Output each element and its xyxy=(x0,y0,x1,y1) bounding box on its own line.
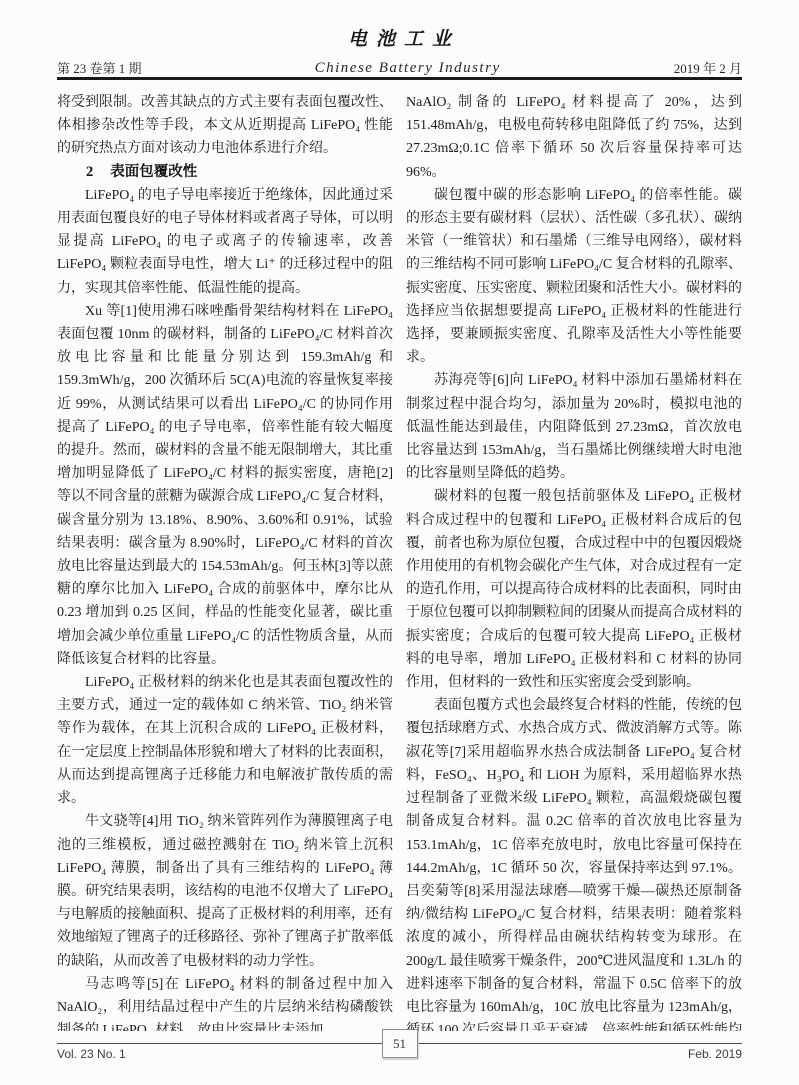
paragraph: LiFePO₄ 的电子导电率接近于绝缘体，因此通过采用表面包覆良好的电子导体材料… xyxy=(57,184,393,300)
publish-date: 2019 年 2 月 xyxy=(674,58,742,77)
volume-issue: 第 23 卷第 1 期 xyxy=(57,58,142,77)
paragraph: 马志鸣等[5]在 LiFePO₄ 材料的制备过程中加入 NaAlO₂，利用结晶过… xyxy=(57,973,393,1031)
header-info-row: 第 23 卷第 1 期 Chinese Battery Industry 201… xyxy=(57,58,742,77)
journal-page: 电池工业 第 23 卷第 1 期 Chinese Battery Industr… xyxy=(0,0,799,1085)
paragraph: 碳包覆中碳的形态影响 LiFePO₄ 的倍率性能。碳的形态主要有碳材料（层状）、… xyxy=(406,184,742,370)
journal-title-cn: 电池工业 xyxy=(57,24,742,51)
paragraph: LiFePO₄ 正极材料的纳米化也是其表面包覆改性的主要方式，通过一定的载体如 … xyxy=(57,671,393,810)
journal-title-en: Chinese Battery Industry xyxy=(315,60,501,77)
section-heading: 2表面包覆改性 xyxy=(57,161,393,184)
paragraph: Xu 等[1]使用沸石咪唑酯骨架结构材料在 LiFePO₄ 表面包覆 10nm … xyxy=(57,300,393,671)
page-header: 电池工业 第 23 卷第 1 期 Chinese Battery Industr… xyxy=(57,24,742,77)
paragraph: 牛文骁等[4]用 TiO₂ 纳米管阵列作为薄膜锂离子电池的三维模板，通过磁控溅射… xyxy=(57,810,393,972)
paragraph: NaAlO₂ 制备的 LiFePO₄ 材料提高了 20%，达到 151.48mA… xyxy=(406,91,742,184)
paragraph: 表面包覆方式也会最终复合材料的性能，传统的包覆包括球磨方式、水热合成方式、微波消… xyxy=(406,694,742,1031)
footer-date: Feb. 2019 xyxy=(688,1047,742,1061)
page-footer: 51 Vol. 23 No. 1 Feb. 2019 xyxy=(57,1027,742,1077)
paragraph: 苏海亮等[6]向 LiFePO₄ 材料中添加石墨烯材料在制浆过程中混合均匀，添加… xyxy=(406,369,742,485)
left-column: 将受到限制。改善其缺点的方式主要有表面包覆改性、体相掺杂改性等手段，本文从近期提… xyxy=(57,91,393,1031)
paragraph: 将受到限制。改善其缺点的方式主要有表面包覆改性、体相掺杂改性等手段，本文从近期提… xyxy=(57,91,393,161)
header-rule xyxy=(57,77,742,80)
section-title: 表面包覆改性 xyxy=(110,164,197,180)
footer-volume: Vol. 23 No. 1 xyxy=(57,1047,126,1061)
section-number: 2 xyxy=(86,164,93,180)
page-number-box: 51 xyxy=(382,1029,418,1058)
paragraph: 碳材料的包覆一般包括前驱体及 LiFePO₄ 正极材料合成过程中的包覆和 LiF… xyxy=(406,485,742,694)
page-number: 51 xyxy=(393,1036,406,1052)
article-body: 将受到限制。改善其缺点的方式主要有表面包覆改性、体相掺杂改性等手段，本文从近期提… xyxy=(57,91,743,1031)
right-column: NaAlO₂ 制备的 LiFePO₄ 材料提高了 20%，达到 151.48mA… xyxy=(406,91,742,1031)
